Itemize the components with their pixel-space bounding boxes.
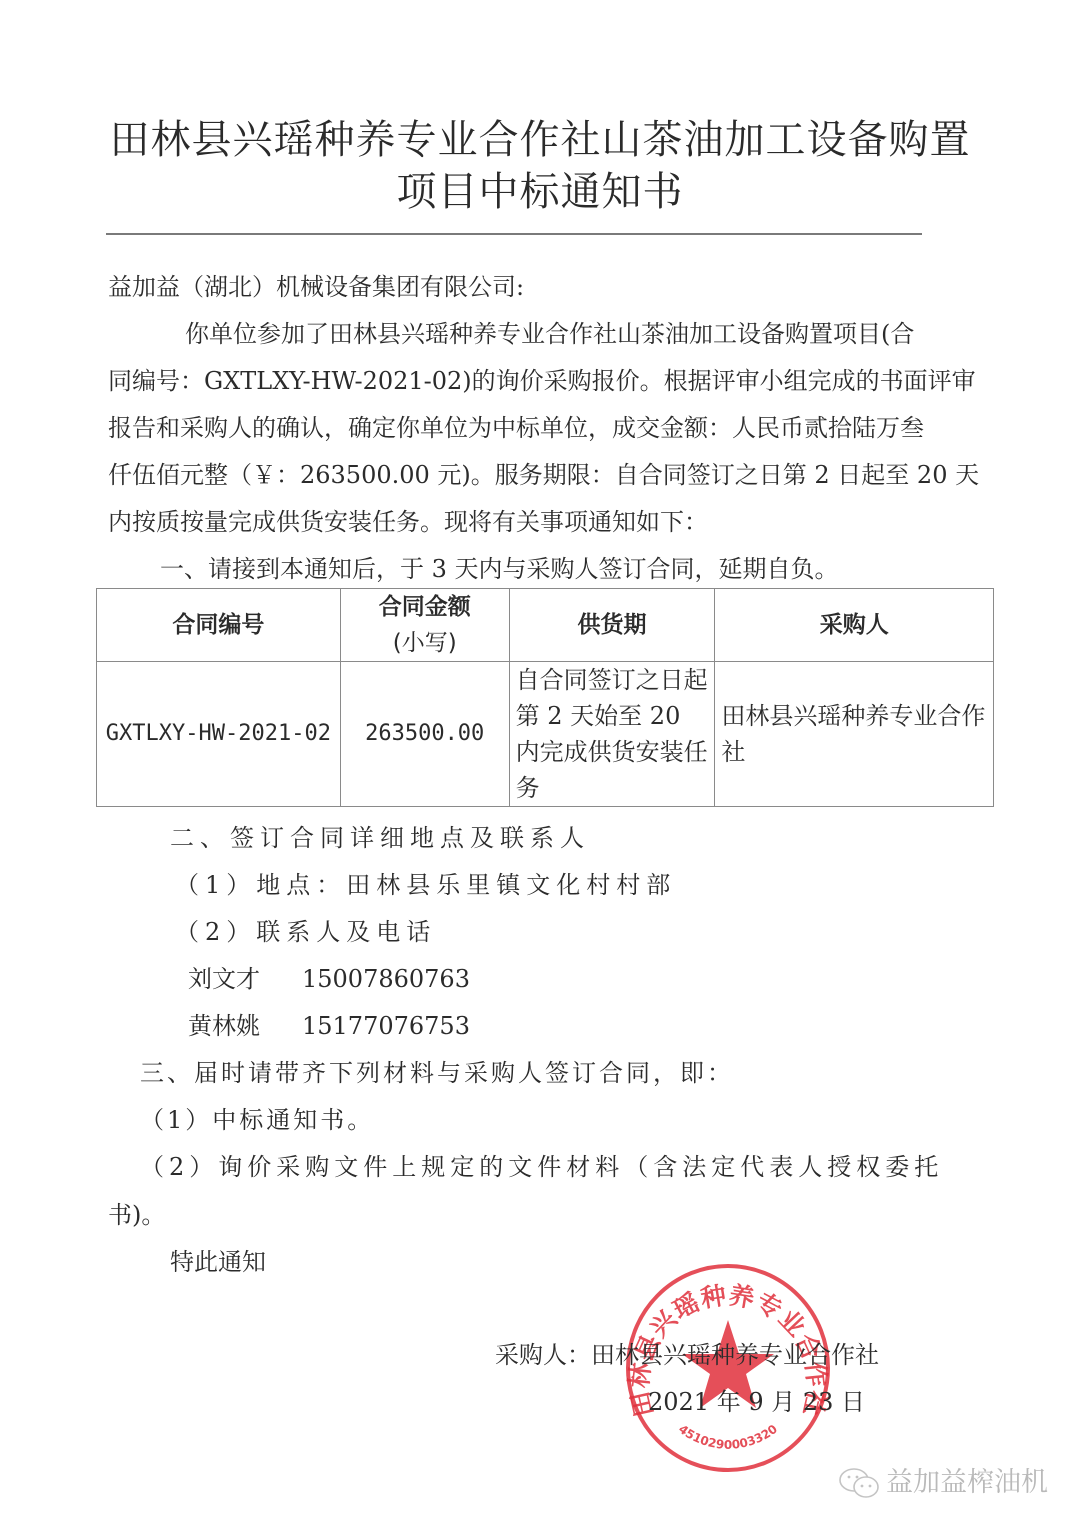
contact-phone: 15177076753 <box>302 1014 470 1038</box>
item-3-heading: 三、届时请带齐下列材料与采购人签订合同，即： <box>140 1061 734 1085</box>
item-1: 一、请接到本通知后，于 3 天内与采购人签订合同，延期自负。 <box>160 557 839 581</box>
body-line-4: 仟伍佰元整（￥：263500.00 元)。服务期限：自合同签订之日第 2 日起至… <box>108 463 979 487</box>
header-amount-line2: (小写) <box>341 625 509 661</box>
watermark-text: 益加益榨油机 <box>886 1467 1048 1498</box>
cell-contract-no: GXTLXY-HW-2021-02 <box>97 662 341 807</box>
cell-delivery-period: 自合同签订之日起第 2 天始至 20 内完成供货安装任务 <box>509 662 715 807</box>
table-row: GXTLXY-HW-2021-02 263500.00 自合同签订之日起第 2 … <box>97 662 994 807</box>
header-contract-no: 合同编号 <box>97 589 341 662</box>
contact-phone: 15007860763 <box>302 967 470 991</box>
title-divider <box>106 233 922 235</box>
item-2-location: （1）地点：田林县乐里镇文化村村部 <box>175 873 676 897</box>
item-3-material-1: （1）中标通知书。 <box>140 1108 374 1132</box>
contact-name: 刘文才 <box>188 967 260 991</box>
document-title-line2: 项目中标通知书 <box>0 160 1080 217</box>
contract-table: 合同编号 合同金额 (小写) 供货期 采购人 GXTLXY-HW-2021-02… <box>96 588 994 807</box>
item-3-material-2: （2）询价采购文件上规定的文件材料（含法定代表人授权委托 <box>140 1155 943 1179</box>
body-line-3: 报告和采购人的确认，确定你单位为中标单位，成交金额：人民币贰拾陆万叁 <box>108 416 924 440</box>
item-2-heading: 二、签订合同详细地点及联系人 <box>170 826 590 850</box>
cell-amount: 263500.00 <box>340 662 509 807</box>
table-header-row: 合同编号 合同金额 (小写) 供货期 采购人 <box>97 589 994 662</box>
header-amount-line1: 合同金额 <box>341 589 509 625</box>
item-2-contacts-heading: （2）联系人及电话 <box>175 920 436 944</box>
addressee: 益加益（湖北）机械设备集团有限公司: <box>108 275 524 299</box>
closing-text: 特此通知 <box>170 1250 266 1274</box>
signature-date: 2021 年 9 月 23 日 <box>648 1390 865 1414</box>
body-line-2: 同编号：GXTLXY-HW-2021-02)的询价采购报价。根据评审小组完成的书… <box>108 369 976 393</box>
signature-purchaser: 采购人：田林县兴瑶种养专业合作社 <box>495 1343 879 1367</box>
wechat-icon <box>838 1467 882 1501</box>
contact-name: 黄林姚 <box>188 1014 260 1038</box>
cell-purchaser: 田林县兴瑶种养专业合作社 <box>715 662 994 807</box>
body-line-5: 内按质按量完成供货安装任务。现将有关事项通知如下： <box>108 510 708 534</box>
header-delivery-period: 供货期 <box>509 589 715 662</box>
header-purchaser: 采购人 <box>715 589 994 662</box>
watermark: 益加益榨油机 <box>838 1460 1048 1501</box>
document-title-line1: 田林县兴瑶种养专业合作社山茶油加工设备购置 <box>0 108 1080 165</box>
svg-text:4510290003320: 4510290003320 <box>676 1422 780 1452</box>
item-3-material-2-cont: 书)。 <box>108 1203 165 1227</box>
body-line-1: 你单位参加了田林县兴瑶种养专业合作社山茶油加工设备购置项目(合 <box>185 322 914 346</box>
header-amount: 合同金额 (小写) <box>340 589 509 662</box>
